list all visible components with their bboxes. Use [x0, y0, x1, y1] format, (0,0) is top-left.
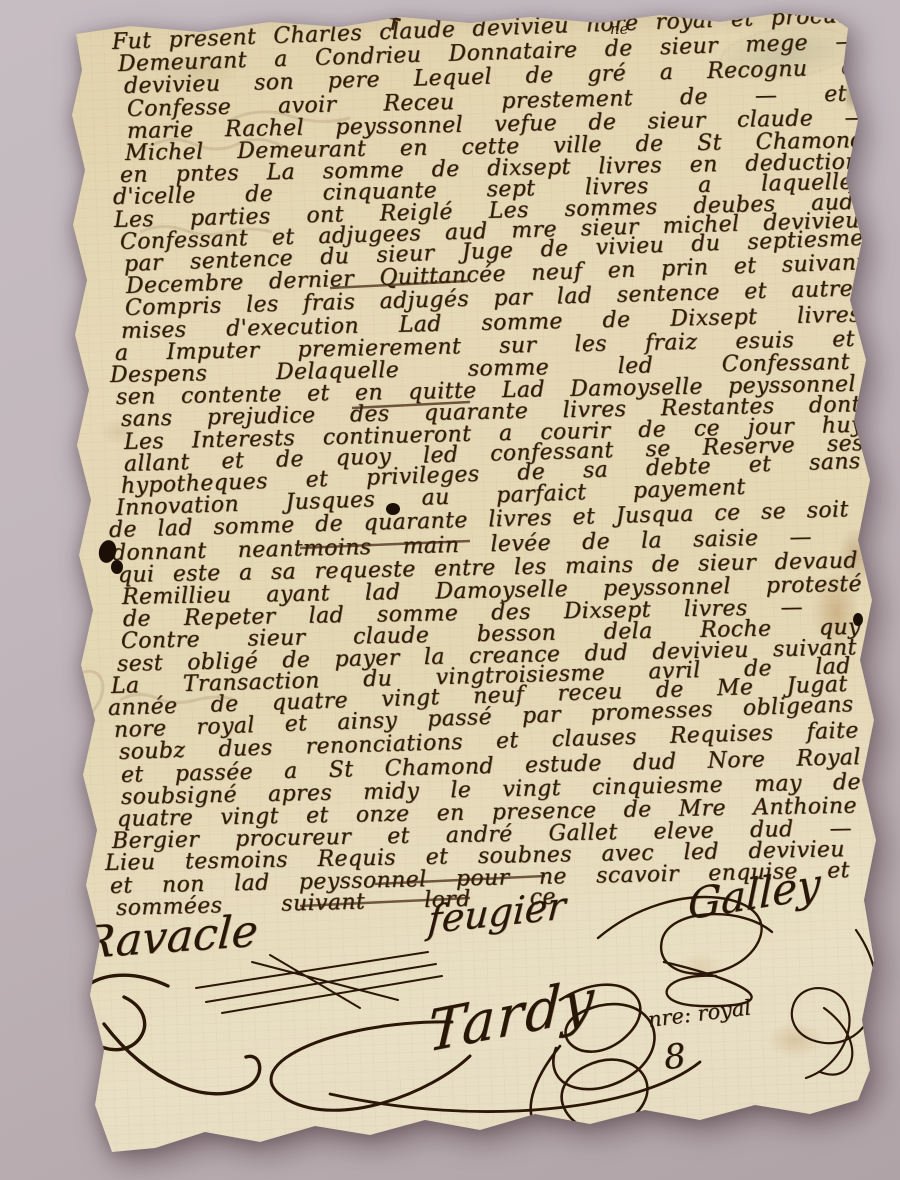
left-paraph-tail — [104, 1024, 260, 1094]
scribble-strokes — [196, 952, 442, 1013]
notary-paraph-mark: 8 — [662, 1036, 687, 1078]
manuscript-sheet: ✝ ne Fut present Charles claude devivieu… — [0, 0, 900, 1180]
tardy-bottom-loops — [531, 1046, 648, 1140]
photograph-backdrop: ✝ ne Fut present Charles claude devivieu… — [0, 0, 900, 1180]
galley-loops-lower — [820, 1008, 852, 1075]
left-paraph-flourish — [73, 975, 168, 1049]
signature-tardy-notary: Tardy — [426, 966, 597, 1065]
tardy-sweep — [330, 1062, 700, 1112]
notary-title-note: nre: royal — [647, 995, 753, 1031]
ink-blot — [853, 613, 863, 626]
ravacle-scribble — [196, 952, 442, 1013]
manuscript-page: ✝ ne Fut present Charles claude devivieu… — [0, 0, 900, 1180]
bleed-flourish — [56, 648, 103, 717]
galley-loops — [792, 930, 876, 1078]
ink-blot — [111, 560, 123, 574]
signature-ravacle: Ravacle — [80, 906, 259, 970]
ink-blot — [386, 503, 400, 515]
